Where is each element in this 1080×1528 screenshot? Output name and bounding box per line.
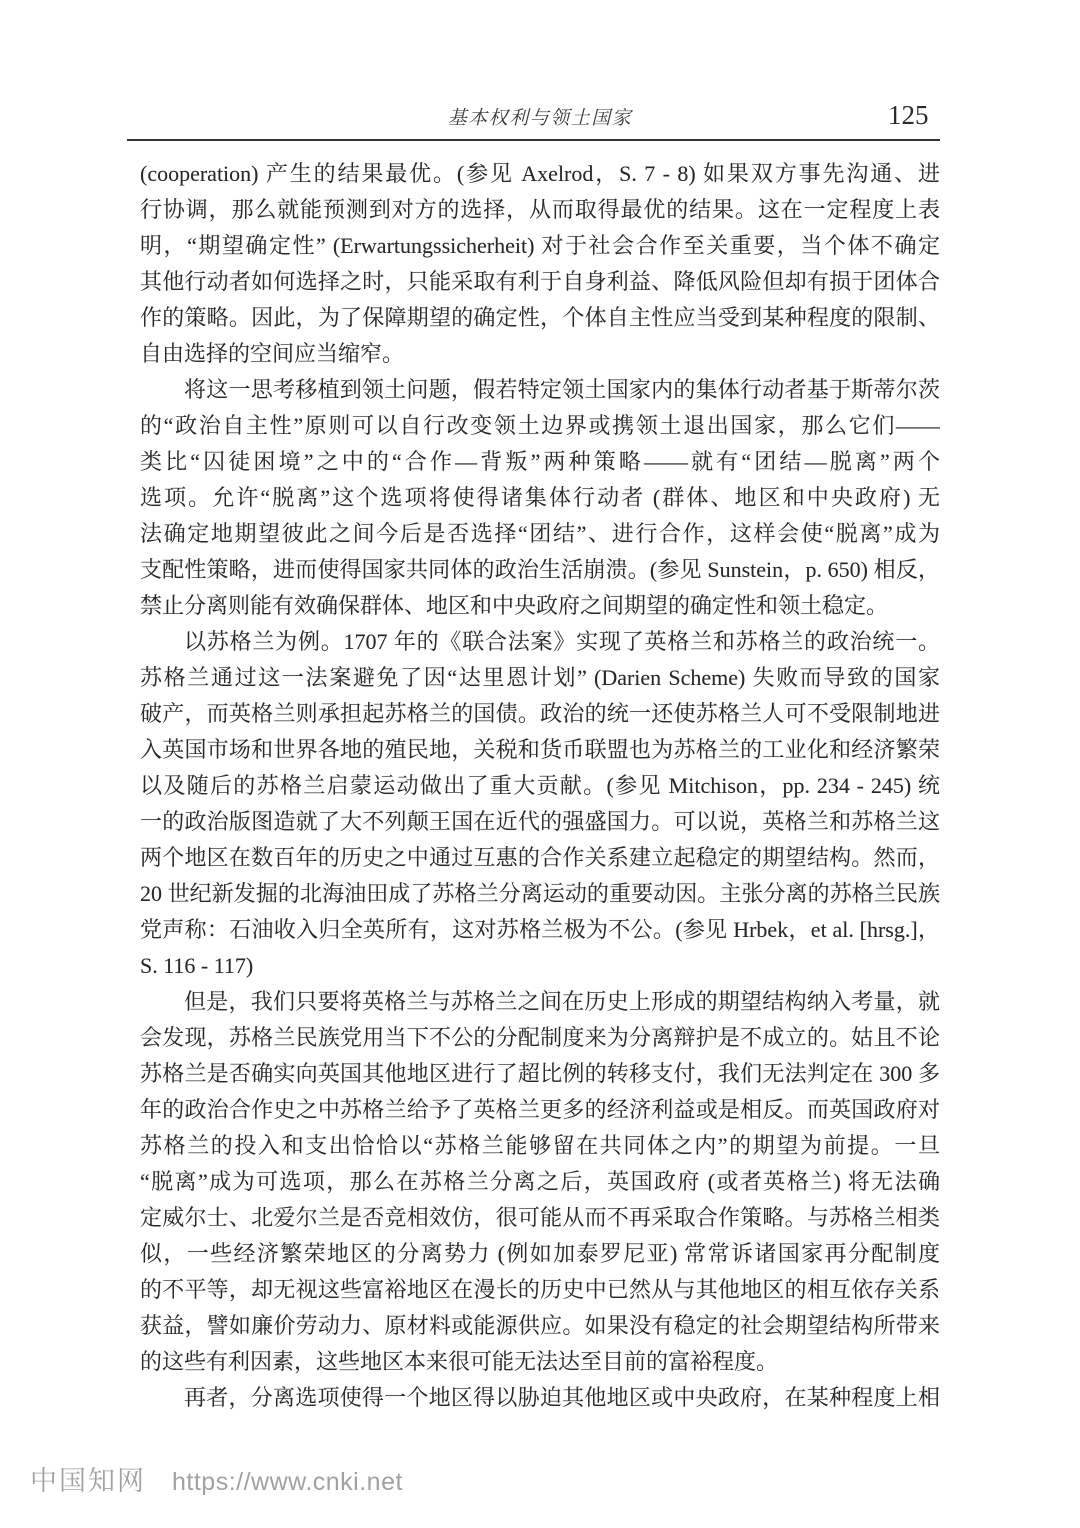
text-line: 行协调，那么就能预测到对方的选择，从而取得最优的结果。这在一定程度上表 bbox=[140, 192, 940, 228]
text-line: 党声称：石油收入归全英所有，这对苏格兰极为不公。(参见 Hrbek，et al.… bbox=[140, 912, 940, 948]
text-line: 的这些有利因素，这些地区本来很可能无法达至目前的富裕程度。 bbox=[140, 1344, 940, 1380]
text-line: 会发现，苏格兰民族党用当下不公的分配制度来为分离辩护是不成立的。姑且不论 bbox=[140, 1020, 940, 1056]
text-line: 将这一思考移植到领土问题，假若特定领土国家内的集体行动者基于斯蒂尔茨 bbox=[140, 372, 940, 408]
text-line: 一的政治版图造就了大不列颠王国在近代的强盛国力。可以说，英格兰和苏格兰这 bbox=[140, 804, 940, 840]
text-line: 破产，而英格兰则承担起苏格兰的国债。政治的统一还使苏格兰人可不受限制地进 bbox=[140, 696, 940, 732]
text-line: 获益，譬如廉价劳动力、原材料或能源供应。如果没有稳定的社会期望结构所带来 bbox=[140, 1308, 940, 1344]
text-line: 以苏格兰为例。1707 年的《联合法案》实现了英格兰和苏格兰的政治统一。 bbox=[140, 624, 940, 660]
text-line: 两个地区在数百年的历史之中通过互惠的合作关系建立起稳定的期望结构。然而， bbox=[140, 840, 940, 876]
text-line: 定威尔士、北爱尔兰是否竞相效仿，很可能从而不再采取合作策略。与苏格兰相类 bbox=[140, 1200, 940, 1236]
text-line: 自由选择的空间应当缩窄。 bbox=[140, 336, 940, 372]
text-line: 法确定地期望彼此之间今后是否选择“团结”、进行合作，这样会使“脱离”成为 bbox=[140, 516, 940, 552]
text-line: 明，“期望确定性” (Erwartungssicherheit) 对于社会合作至… bbox=[140, 228, 940, 264]
cnki-url: https://www.cnki.net bbox=[172, 1468, 403, 1497]
text-line: (cooperation) 产生的结果最优。(参见 Axelrod，S. 7 -… bbox=[140, 156, 940, 192]
document-page: 基本权利与领土国家 125 (cooperation) 产生的结果最优。(参见 … bbox=[0, 0, 1080, 1528]
text-line: 但是，我们只要将英格兰与苏格兰之间在历史上形成的期望结构纳入考量，就 bbox=[140, 984, 940, 1020]
text-line: 选项。允许“脱离”这个选项将使得诸集体行动者 (群体、地区和中央政府) 无 bbox=[140, 480, 940, 516]
text-line: 苏格兰是否确实向英国其他地区进行了超比例的转移支付，我们无法判定在 300 多 bbox=[140, 1056, 940, 1092]
cnki-watermark: 中国知网 bbox=[30, 1459, 146, 1498]
text-line: 似，一些经济繁荣地区的分离势力 (例如加泰罗尼亚) 常常诉诸国家再分配制度 bbox=[140, 1236, 940, 1272]
header-rule bbox=[127, 139, 940, 141]
text-line: 禁止分离则能有效确保群体、地区和中央政府之间期望的确定性和领土稳定。 bbox=[140, 588, 940, 624]
text-line: 年的政治合作史之中苏格兰给予了英格兰更多的经济利益或是相反。而英国政府对 bbox=[140, 1092, 940, 1128]
text-line: 苏格兰的投入和支出恰恰以“苏格兰能够留在共同体之内”的期望为前提。一旦 bbox=[140, 1128, 940, 1164]
text-line: 苏格兰通过这一法案避免了因“达里恩计划” (Darien Scheme) 失败而… bbox=[140, 660, 940, 696]
text-line: 的“政治自主性”原则可以自行改变领土边界或携领土退出国家，那么它们—— bbox=[140, 408, 940, 444]
text-line: 支配性策略，进而使得国家共同体的政治生活崩溃。(参见 Sunstein，p. 6… bbox=[140, 552, 940, 588]
text-line: S. 116 - 117) bbox=[140, 948, 940, 984]
text-line: 20 世纪新发掘的北海油田成了苏格兰分离运动的重要动因。主张分离的苏格兰民族 bbox=[140, 876, 940, 912]
text-line: 的不平等，却无视这些富裕地区在漫长的历史中已然从与其他地区的相互依存关系 bbox=[140, 1272, 940, 1308]
text-line: 再者，分离选项使得一个地区得以胁迫其他地区或中央政府，在某种程度上相 bbox=[140, 1380, 940, 1416]
text-line: 类比“囚徒困境”之中的“合作—背叛”两种策略——就有“团结—脱离”两个 bbox=[140, 444, 940, 480]
text-line: 作的策略。因此，为了保障期望的确定性，个体自主性应当受到某种程度的限制、 bbox=[140, 300, 940, 336]
text-line: 入英国市场和世界各地的殖民地，关税和货币联盟也为苏格兰的工业化和经济繁荣 bbox=[140, 732, 940, 768]
text-line: 其他行动者如何选择之时，只能采取有利于自身利益、降低风险但却有损于团体合 bbox=[140, 264, 940, 300]
text-line: 以及随后的苏格兰启蒙运动做出了重大贡献。(参见 Mitchison，pp. 23… bbox=[140, 768, 940, 804]
text-line: “脱离”成为可选项，那么在苏格兰分离之后，英国政府 (或者英格兰) 将无法确 bbox=[140, 1164, 940, 1200]
page-footer: 中国知网 https://www.cnki.net bbox=[30, 1459, 403, 1498]
page-number: 125 bbox=[888, 100, 929, 131]
article-body: (cooperation) 产生的结果最优。(参见 Axelrod，S. 7 -… bbox=[140, 156, 940, 1416]
